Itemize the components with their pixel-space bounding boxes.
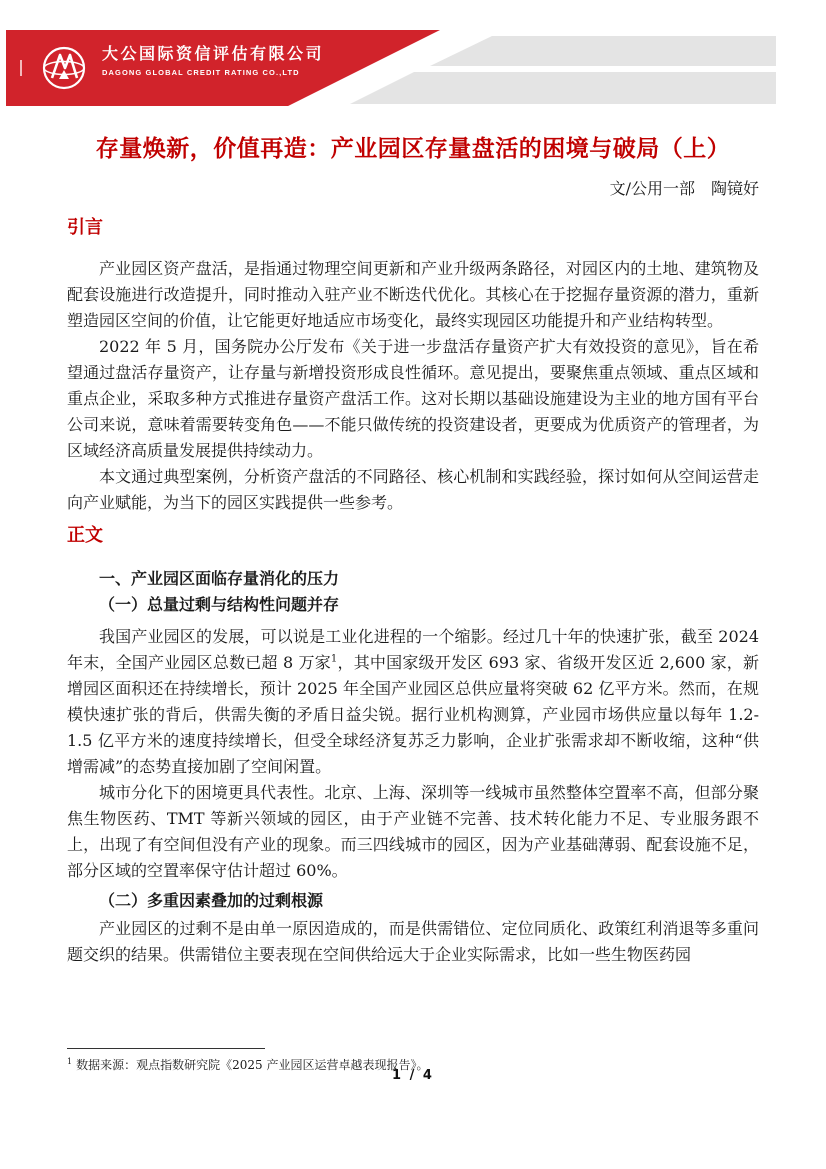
subsection1-heading: （一）总量过剩与结构性问题并存 <box>67 592 759 618</box>
main-section-heading: 正文 <box>67 524 759 548</box>
intro-paragraph-2: 2022 年 5 月，国务院办公厅发布《关于进一步盘活存量资产扩大有效投资的意见… <box>67 334 759 464</box>
company-name-en: DAGONG GLOBAL CREDIT RATING CO.,LTD <box>102 67 324 79</box>
subsection2-heading: （二）多重因素叠加的过剩根源 <box>67 888 759 914</box>
dagong-globe-logo-icon <box>40 44 88 92</box>
page-number: 1 / 4 <box>0 1068 826 1083</box>
article-title: 存量焕新，价值再造：产业园区存量盘活的困境与破局（上） <box>67 134 759 164</box>
article-byline: 文/公用一部 陶镜好 <box>67 178 759 200</box>
intro-paragraph-3: 本文通过典型案例，分析资产盘活的不同路径、核心机制和实践经验，探讨如何从空间运营… <box>67 464 759 516</box>
header-gray-stripe-top <box>430 36 776 66</box>
intro-section-heading: 引言 <box>67 216 759 240</box>
footnote-marker: 1 <box>67 1057 72 1066</box>
footnote-divider <box>67 1048 265 1049</box>
brand-text-block: 大公国际资信评估有限公司 DAGONG GLOBAL CREDIT RATING… <box>102 43 324 79</box>
body-paragraph-2: 城市分化下的困境更具代表性。北京、上海、深圳等一线城市虽然整体空置率不高，但部分… <box>67 780 759 884</box>
section1-heading: 一、产业园区面临存量消化的压力 <box>67 566 759 592</box>
body-paragraph-3: 产业园区的过剩不是由单一原因造成的，而是供需错位、定位同质化、政策红利消退等多重… <box>67 916 759 968</box>
company-name-zh: 大公国际资信评估有限公司 <box>102 43 324 67</box>
header-gray-stripe-bottom <box>350 72 776 104</box>
intro-paragraph-1: 产业园区资产盘活，是指通过物理空间更新和产业升级两条路径，对园区内的土地、建筑物… <box>67 256 759 334</box>
document-page: 大公国际资信评估有限公司 DAGONG GLOBAL CREDIT RATING… <box>0 0 826 1169</box>
banner-accent-tick <box>20 60 22 76</box>
article-body: 存量焕新，价值再造：产业园区存量盘活的困境与破局（上） 文/公用一部 陶镜好 引… <box>67 134 759 968</box>
body-paragraph-1: 我国产业园区的发展，可以说是工业化进程的一个缩影。经过几十年的快速扩张，截至 2… <box>67 624 759 780</box>
